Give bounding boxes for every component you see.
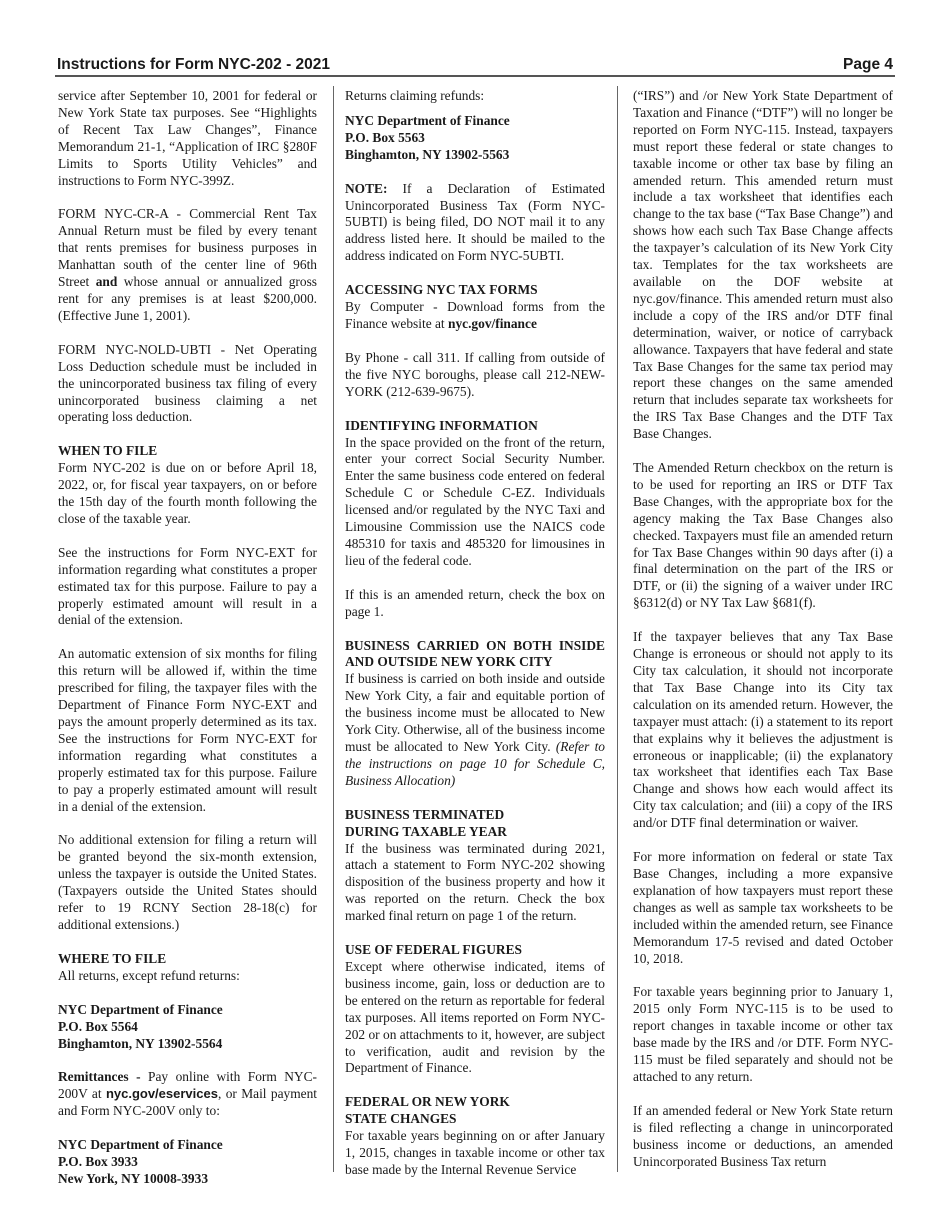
section-business-terminated: BUSINESS TERMINATED DURING TAXABLE YEAR …: [345, 807, 605, 925]
paragraph: In the space provided on the front of th…: [345, 435, 605, 570]
paragraph: For taxable years beginning on or after …: [345, 1128, 605, 1179]
paragraph: No additional extension for filing a ret…: [58, 832, 317, 933]
paragraph: If the business was terminated during 20…: [345, 841, 605, 926]
paragraph: For more information on federal or state…: [633, 849, 893, 967]
section-heading: BUSINESS CARRIED ON BOTH INSIDE AND OUTS…: [345, 638, 605, 672]
paragraph: By Computer - Download forms from the Fi…: [345, 299, 605, 333]
paragraph: If this is an amended return, check the …: [345, 587, 605, 621]
paragraph: Form NYC-202 is due on or before April 1…: [58, 460, 317, 528]
section-heading: FEDERAL OR NEW YORK: [345, 1094, 605, 1111]
section-federal-state-changes: FEDERAL OR NEW YORK STATE CHANGES For ta…: [345, 1094, 605, 1179]
paragraph: Returns claiming refunds:: [345, 88, 605, 105]
paragraph: The Amended Return checkbox on the retur…: [633, 460, 893, 612]
paragraph: If an amended federal or New York State …: [633, 1103, 893, 1171]
section-heading: ACCESSING NYC TAX FORMS: [345, 282, 605, 299]
column-divider: [333, 86, 334, 1172]
section-heading: STATE CHANGES: [345, 1111, 605, 1128]
section-heading: DURING TAXABLE YEAR: [345, 824, 605, 841]
mailing-address: NYC Department of Finance P.O. Box 3933 …: [58, 1137, 317, 1188]
section-accessing-forms: ACCESSING NYC TAX FORMS By Computer - Do…: [345, 282, 605, 400]
paragraph-nyc-nold-ubti: FORM NYC-NOLD-UBTI - Net Operating Loss …: [58, 342, 317, 427]
paragraph-nyc-cr-a: FORM NYC-CR-A - Commercial Rent Tax Annu…: [58, 206, 317, 324]
paragraph: If the taxpayer believes that any Tax Ba…: [633, 629, 893, 832]
paragraph: By Phone - call 311. If calling from out…: [345, 350, 605, 401]
eservices-link[interactable]: nyc.gov/eservices: [106, 1086, 218, 1101]
document-title: Instructions for Form NYC-202 - 2021: [57, 56, 330, 74]
column-divider: [617, 86, 618, 1172]
page-number: Page 4: [843, 56, 893, 74]
section-heading: USE OF FEDERAL FIGURES: [345, 942, 605, 959]
paragraph: For taxable years beginning prior to Jan…: [633, 984, 893, 1085]
paragraph-note: NOTE: If a Declaration of Estimated Unin…: [345, 181, 605, 266]
column-1: service after September 10, 2001 for fed…: [58, 88, 317, 1205]
section-where-to-file: WHERE TO FILE All returns, except refund…: [58, 951, 317, 1188]
section-heading: WHEN TO FILE: [58, 443, 317, 460]
paragraph-remittances: Remittances - Pay online with Form NYC-2…: [58, 1069, 317, 1120]
section-identifying-information: IDENTIFYING INFORMATION In the space pro…: [345, 418, 605, 621]
paragraph: All returns, except refund returns:: [58, 968, 317, 985]
paragraph: An automatic extension of six months for…: [58, 646, 317, 815]
section-heading: BUSINESS TERMINATED: [345, 807, 605, 824]
paragraph: (“IRS”) and /or New York State Departmen…: [633, 88, 893, 443]
section-business-inside-outside: BUSINESS CARRIED ON BOTH INSIDE AND OUTS…: [345, 638, 605, 790]
paragraph: If business is carried on both inside an…: [345, 671, 605, 789]
section-heading: WHERE TO FILE: [58, 951, 317, 968]
mailing-address: NYC Department of Finance P.O. Box 5563 …: [345, 113, 605, 164]
header-rule: [55, 75, 895, 77]
paragraph: Except where otherwise indicated, items …: [345, 959, 605, 1077]
column-2: Returns claiming refunds: NYC Department…: [345, 88, 605, 1179]
column-3: (“IRS”) and /or New York State Departmen…: [633, 88, 893, 1170]
paragraph: See the instructions for Form NYC-EXT fo…: [58, 545, 317, 630]
page-header: Instructions for Form NYC-202 - 2021 Pag…: [57, 52, 893, 74]
section-when-to-file: WHEN TO FILE Form NYC-202 is due on or b…: [58, 443, 317, 934]
finance-link[interactable]: nyc.gov/finance: [448, 316, 537, 331]
mailing-address: NYC Department of Finance P.O. Box 5564 …: [58, 1002, 317, 1053]
paragraph: service after September 10, 2001 for fed…: [58, 88, 317, 189]
section-federal-figures: USE OF FEDERAL FIGURES Except where othe…: [345, 942, 605, 1077]
section-heading: IDENTIFYING INFORMATION: [345, 418, 605, 435]
